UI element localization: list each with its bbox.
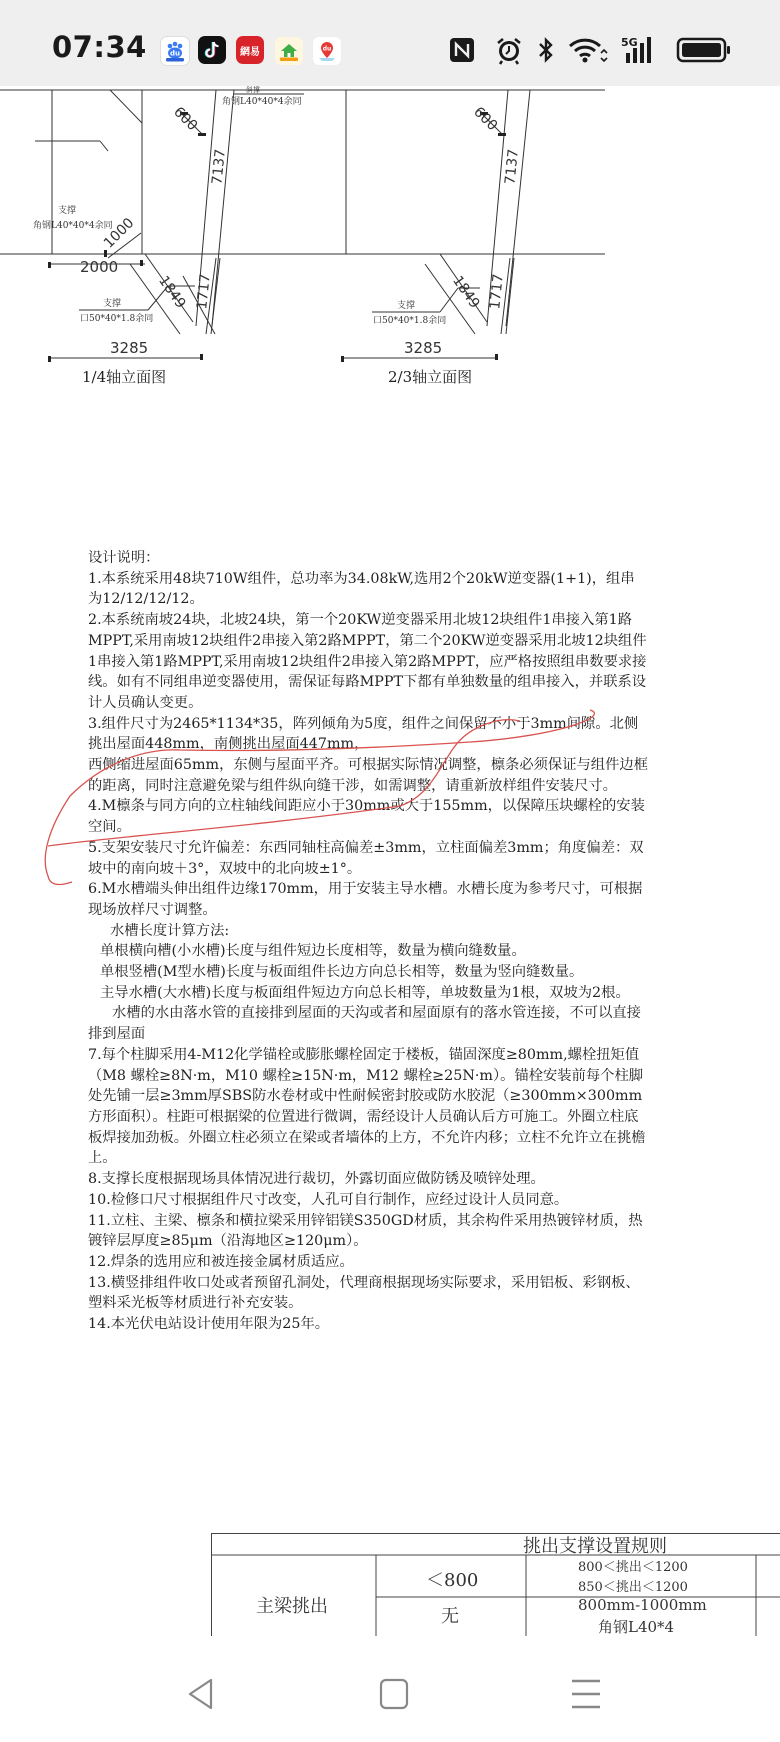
back-triangle-icon (185, 1677, 215, 1711)
bluetooth-icon (536, 36, 556, 64)
caption-left-elevation: 1/4轴立面图 (82, 366, 166, 387)
table-title: 挑出支撑设置规则 (523, 1532, 667, 1558)
note-14: 14.本光伏电站设计使用年限为25年。 (88, 1314, 648, 1335)
note-10: 10.检修口尺寸根据组件尺寸改变，人孔可自行制作，应经过设计人员同意。 (88, 1190, 648, 1211)
status-bar: 07:34 du 網易 du 5G (0, 0, 780, 86)
label-support-spec-left: 口50*40*1.8余同 (80, 312, 153, 324)
cell-range-value: 800mm-1000mm (578, 1596, 707, 1614)
dim-1717-left: 1717 (194, 273, 214, 310)
battery-icon (676, 36, 732, 64)
col-range-1: 800＜挑出＜1200 (578, 1556, 688, 1575)
note-5: 5.支架安装尺寸允许偏差：东西同轴柱高偏差±3mm，立柱面偏差3mm；角度偏差：… (88, 838, 648, 879)
caption-right-elevation: 2/3轴立面图 (388, 366, 472, 387)
label-brace: 支撑 (58, 204, 76, 216)
menu-lines-icon (570, 1678, 602, 1710)
label-support-right: 支撑 (397, 299, 415, 311)
nfc-icon (448, 36, 476, 64)
svg-text:du: du (170, 50, 180, 58)
dim-600-left: 600 (170, 104, 200, 134)
note-4: 4.M檩条与同方向的立柱轴线间距应小于30mm或大于155mm，以保障压块螺栓的… (88, 796, 648, 837)
svg-text:5G: 5G (621, 36, 638, 49)
cell-angle-steel: 角钢L40*4 (598, 1616, 674, 1636)
wifi-icon (568, 36, 608, 64)
clock: 07:34 (52, 30, 147, 64)
document-view[interactable]: 600 600 7137 7137 1000 2000 1849 1849 17… (0, 86, 780, 1636)
gutter-calc-2: 单根竖槽(M型水槽)长度与板面组件长边方向总长相等，数量为竖向缝数量。 (88, 962, 648, 983)
label-brace-spec: 角钢L40*40*4余同 (33, 219, 113, 231)
navigation-bar (0, 1636, 780, 1742)
dim-1717-right: 1717 (487, 273, 507, 310)
note-8: 8.支撑长度根据现场具体情况进行裁切，外露切面应做防锈及喷锌处理。 (88, 1169, 648, 1190)
dim-7137-right: 7137 (502, 148, 522, 185)
cell-none: 无 (441, 1602, 459, 1628)
dim-2000: 2000 (80, 258, 118, 276)
label-xiecheng: 斜撑 (246, 86, 260, 94)
label-angle-steel-top: 角钢L40*40*4余同 (222, 95, 302, 107)
col-lt-800: ＜800 (426, 1566, 478, 1592)
gutter-drain-note: 水槽的水由落水管的直接排到屋面的天沟或者和屋面原有的落水管连接，不可以直接排到屋… (88, 1003, 648, 1044)
netease-news-app-icon: 網易 (236, 36, 264, 64)
design-notes: 设计说明： 1.本系统采用48块710W组件，总功率为34.08kW,选用2个2… (88, 548, 648, 1335)
gutter-calc-1: 单根横向槽(小水槽)长度与组件短边长度相等，数量为横向缝数量。 (88, 941, 648, 962)
dim-1849-right: 1849 (449, 273, 483, 311)
note-2: 2.本系统南坡24块，北坡24块，第一个20KW逆变器采用北坡12块组件1串接入… (88, 610, 648, 714)
cellular-signal-icon: 5G (620, 36, 660, 64)
note-7: 7.每个柱脚采用4-M12化学锚栓或膨胀螺栓固定于楼板，锚固深度≥80mm,螺栓… (88, 1045, 648, 1169)
note-12: 12.焊条的选用应和被连接金属材质适应。 (88, 1252, 648, 1273)
note-6: 6.M水槽端头伸出组件边缘170mm，用于安装主导水槽。水槽长度为参考尺寸，可根… (88, 879, 648, 920)
home-app-icon (274, 36, 304, 66)
dim-3285-right: 3285 (404, 339, 442, 357)
back-button[interactable] (180, 1674, 220, 1714)
note-3-cont: 西侧缩进屋面65mm，东侧与屋面平齐。可根据实际情况调整，檩条必须保证与组件边框… (88, 755, 648, 796)
note-1: 1.本系统采用48块710W组件，总功率为34.08kW,选用2个20kW逆变器… (88, 569, 648, 610)
support-rules-table (211, 1533, 780, 1636)
svg-text:du: du (323, 46, 332, 53)
notes-title: 设计说明： (88, 548, 648, 569)
note-11: 11.立柱、主梁、檩条和横拉梁采用锌铝镁S350GD材质，其余构件采用热镀锌材质… (88, 1211, 648, 1252)
col-range-2: 850＜挑出＜1200 (578, 1576, 688, 1595)
douyin-app-icon (198, 36, 226, 64)
dim-600-right: 600 (470, 104, 500, 134)
baidu-map-app-icon: du (160, 36, 190, 66)
home-square-icon (378, 1678, 410, 1710)
dim-3285-left: 3285 (110, 339, 148, 357)
gutter-calc-3: 主导水槽(大水槽)长度与板面组件短边方向总长相等，单坡数量为1根，双坡为2根。 (88, 983, 648, 1004)
gutter-calc-title: 水槽长度计算方法: (88, 921, 648, 942)
label-support-left: 支撑 (103, 297, 121, 309)
label-support-spec-right: 口50*40*1.8余同 (373, 314, 446, 326)
du-map-app-icon: du (312, 36, 342, 66)
row-main-beam-overhang: 主梁挑出 (256, 1592, 328, 1618)
alarm-icon (494, 36, 524, 64)
note-3: 3.组件尺寸为2465*1134*35，阵列倾角为5度，组件之间保留不小于3mm… (88, 714, 648, 755)
note-13: 13.横竖排组件收口处或者预留孔洞处，代理商根据现场实际要求，采用铝板、彩钢板、… (88, 1273, 648, 1314)
home-button[interactable] (374, 1674, 414, 1714)
recents-button[interactable] (566, 1674, 606, 1714)
